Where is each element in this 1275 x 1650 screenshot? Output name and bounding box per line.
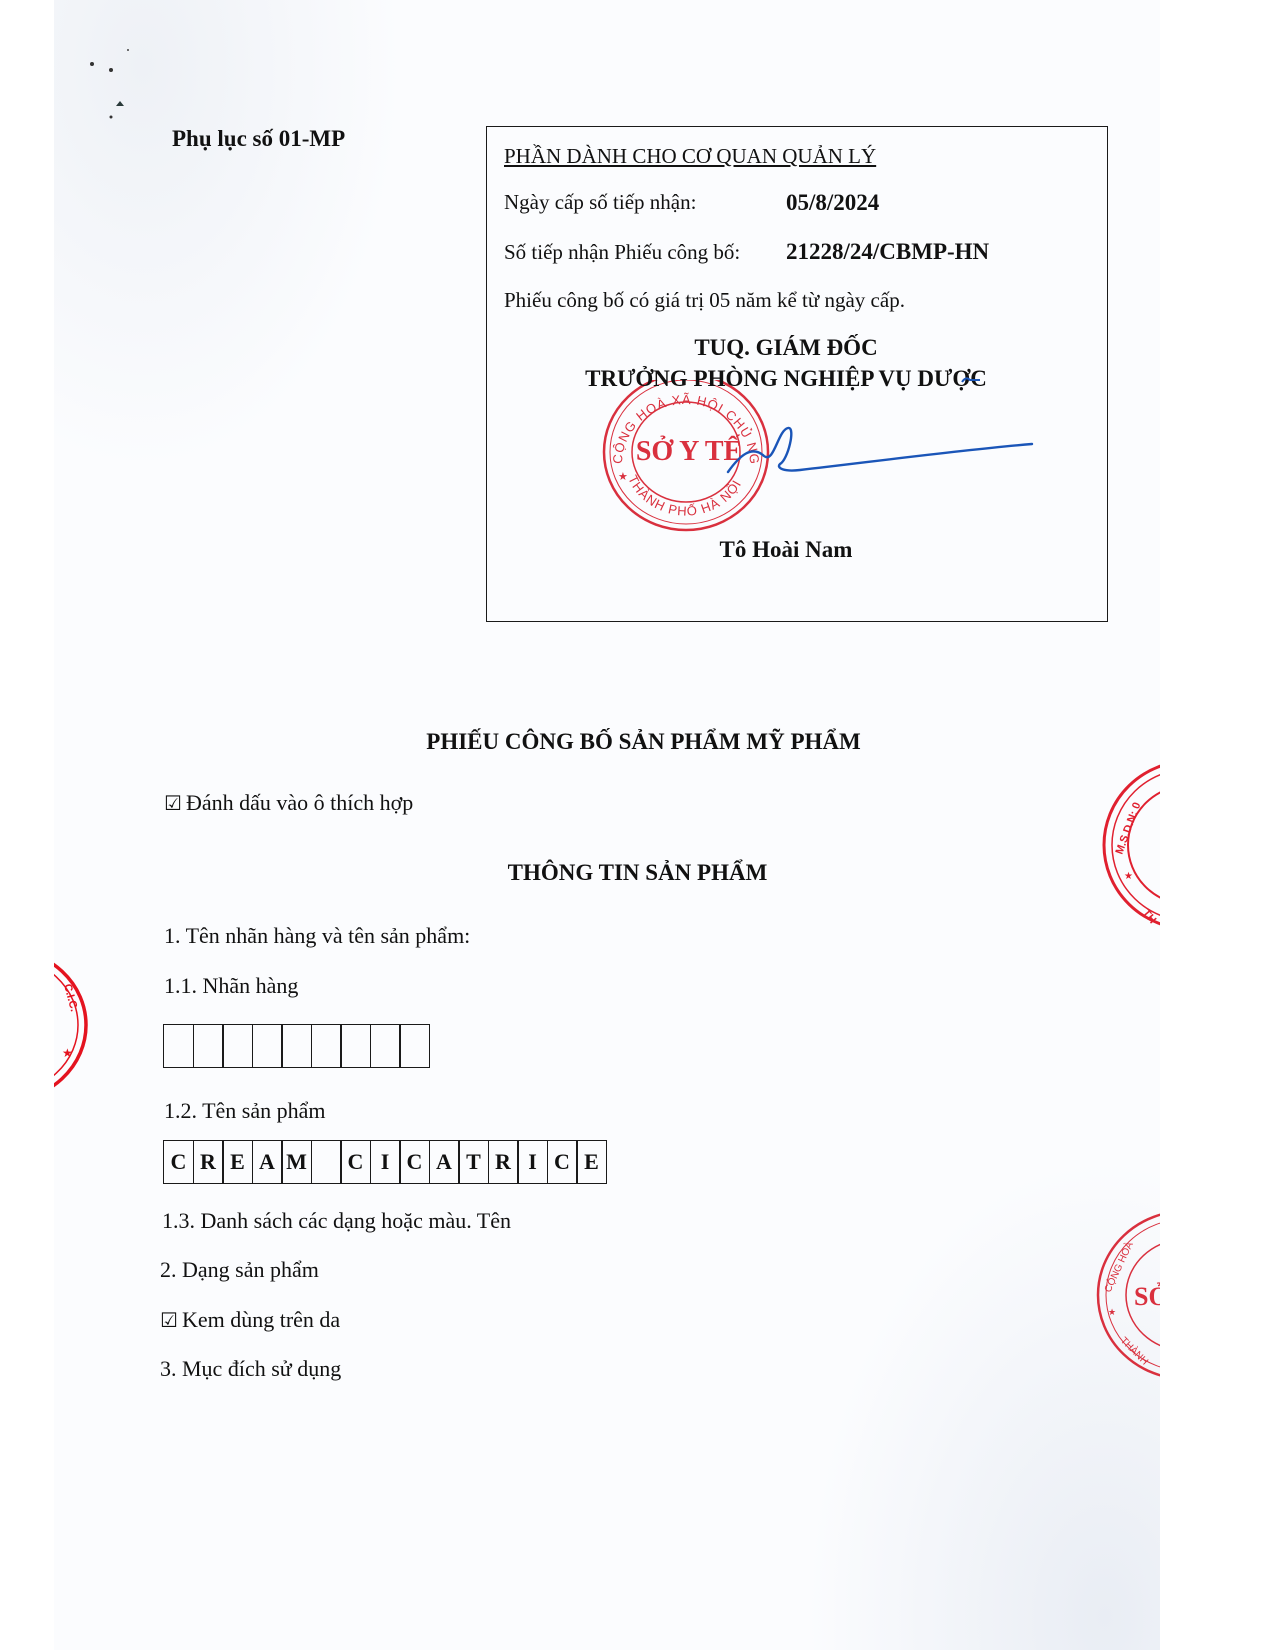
brand-char-box-9: [399, 1024, 430, 1068]
signature-title-line-1: TUQ. GIÁM ĐỐC: [486, 335, 1086, 361]
appendix-label: Phụ lục số 01-MP: [172, 126, 345, 152]
brand-char-box-6: [311, 1024, 342, 1068]
check-instruction-text: Đánh dấu vào ô thích hợp: [186, 790, 413, 815]
item-2-label: 2. Dạng sản phẩm: [160, 1257, 319, 1283]
signer-name: Tô Hoài Nam: [486, 537, 1086, 563]
svg-text:★: ★: [618, 470, 628, 483]
product-char-box-12: R: [488, 1140, 519, 1184]
issue-date-value: 05/8/2024: [786, 190, 879, 216]
validity-note: Phiếu công bố có giá trị 05 năm kể từ ng…: [504, 288, 905, 313]
receipt-number-value: 21228/24/CBMP-HN: [786, 239, 989, 265]
brand-char-box-3: [222, 1024, 253, 1068]
svg-text:CỘNG HOÀ: CỘNG HOÀ: [1101, 1239, 1136, 1294]
checked-box-icon: ☑: [164, 791, 182, 815]
item-1-3-label: 1.3. Danh sách các dạng hoặc màu. Tên: [162, 1208, 511, 1234]
form-title: PHIẾU CÔNG BỐ SẢN PHẨM MỸ PHẨM: [0, 729, 1275, 755]
product-name-boxes: CREAMCICATRICE: [163, 1140, 607, 1184]
item-1-label: 1. Tên nhãn hàng và tên sản phẩm:: [164, 923, 470, 949]
svg-text:★: ★: [1124, 871, 1133, 882]
product-char-box-15: E: [576, 1140, 607, 1184]
brand-char-box-5: [281, 1024, 312, 1068]
product-char-box-14: C: [547, 1140, 578, 1184]
brand-name-boxes: [163, 1024, 430, 1068]
item-1-1-label: 1.1. Nhãn hàng: [164, 973, 298, 999]
scan-speckles: [80, 40, 160, 120]
product-char-box-7: C: [340, 1140, 371, 1184]
brand-char-box-8: [370, 1024, 401, 1068]
section-title: THÔNG TIN SẢN PHẨM: [0, 860, 1275, 886]
svg-text:SỞ: SỞ: [1134, 1282, 1160, 1311]
receipt-number-label: Số tiếp nhận Phiếu công bố:: [504, 240, 740, 265]
product-char-box-4: A: [252, 1140, 283, 1184]
admin-section-heading: PHẦN DÀNH CHO CƠ QUAN QUẢN LÝ: [504, 144, 876, 169]
check-instruction: ☑Đánh dấu vào ô thích hợp: [164, 790, 413, 816]
brand-char-box-2: [193, 1024, 224, 1068]
brand-char-box-4: [252, 1024, 283, 1068]
brand-char-box-7: [340, 1024, 371, 1068]
issue-date-label: Ngày cấp số tiếp nhận:: [504, 190, 696, 215]
item-3-label: 3. Mục đích sử dụng: [160, 1356, 341, 1382]
right-edge-seal-upper-icon: M.S.D.N: 0 ★ TH: [1100, 755, 1160, 935]
checked-box-icon: ☑: [160, 1308, 178, 1332]
product-char-box-2: R: [193, 1140, 224, 1184]
product-form-option-text: Kem dùng trên da: [182, 1307, 340, 1332]
svg-text:★: ★: [62, 1046, 73, 1060]
brand-char-box-1: [163, 1024, 194, 1068]
product-char-box-8: I: [370, 1140, 401, 1184]
item-1-2-label: 1.2. Tên sản phẩm: [164, 1098, 326, 1124]
product-char-box-5: M: [281, 1140, 312, 1184]
product-form-option: ☑Kem dùng trên da: [160, 1307, 340, 1333]
svg-text:★: ★: [1108, 1308, 1116, 1318]
product-char-box-6: [311, 1140, 342, 1184]
product-char-box-1: C: [163, 1140, 194, 1184]
product-char-box-11: T: [458, 1140, 489, 1184]
product-char-box-13: I: [517, 1140, 548, 1184]
left-edge-seal-icon: C.I.C. ★: [54, 945, 90, 1105]
handwritten-signature-icon: [680, 360, 1050, 500]
product-char-box-3: E: [222, 1140, 253, 1184]
right-edge-seal-lower-icon: CỘNG HOÀ SỞ ★ THÀNH: [1094, 1205, 1160, 1385]
product-char-box-10: A: [429, 1140, 460, 1184]
product-char-box-9: C: [399, 1140, 430, 1184]
